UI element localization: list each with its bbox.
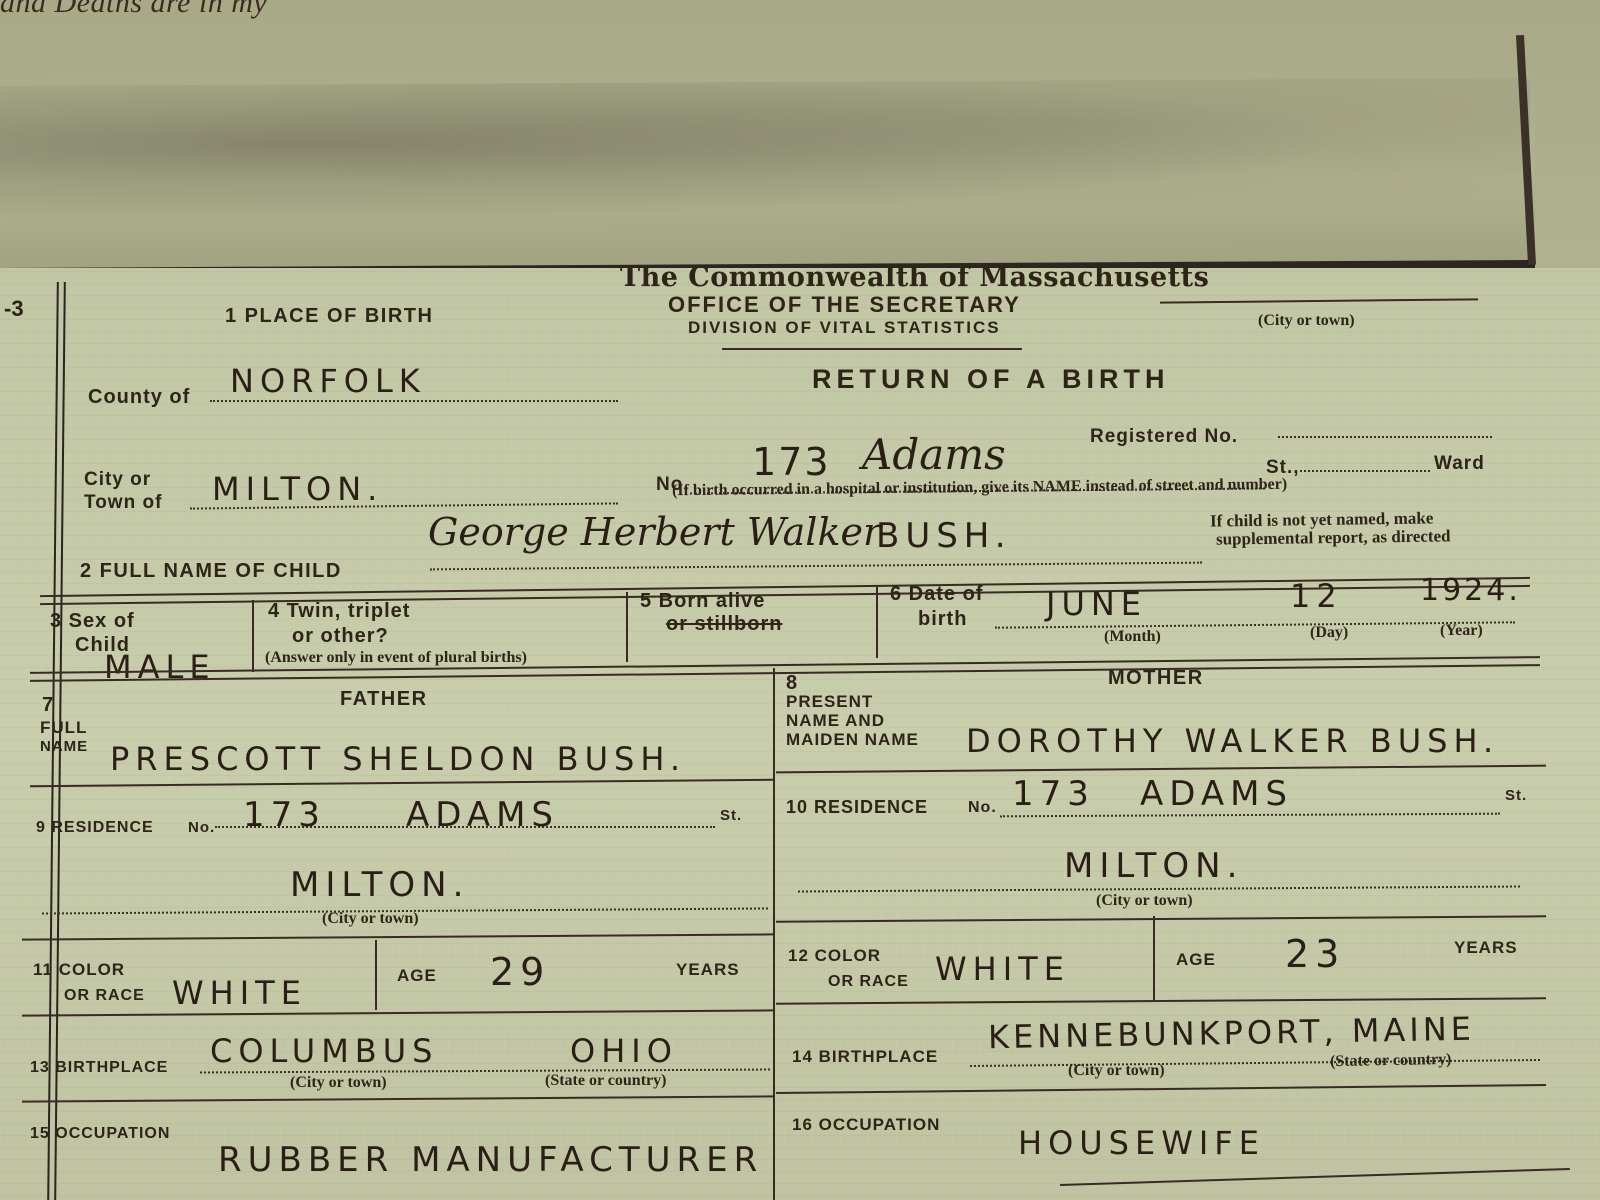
father-occupation-label: 15 OCCUPATION [30,1124,170,1143]
mother-birthplace-label: 14 BIRTHPLACE [792,1047,938,1066]
mother-residence-label: 10 RESIDENCE [786,798,928,817]
margin-mark: -3 [4,296,24,322]
overlapping-sheet [0,48,1535,277]
dob-month[interactable]: JUNE [1046,585,1147,623]
twin-note: (Answer only in event of plural births) [265,648,527,667]
dob-label-line2: birth [918,610,967,629]
mother-bp-state-caption: (State or country) [1330,1051,1452,1071]
mother-color-value[interactable]: WHITE [935,950,1070,988]
father-color-label-2: OR RACE [64,986,145,1005]
child-surname[interactable]: BUSH. [876,516,1012,556]
year-caption: (Year) [1440,622,1483,640]
county-label: County of [88,388,190,407]
father-bp-city-caption: (City or town) [290,1074,387,1092]
month-caption: (Month) [1104,628,1161,646]
father-birthplace-city[interactable]: COLUMBUS [210,1032,438,1070]
registered-no-field[interactable] [1278,436,1492,438]
stillborn-label-struck: or stillborn [666,615,782,634]
mother-color-label-2: OR RACE [828,972,909,991]
father-residence-street[interactable]: ADAMS [406,795,559,835]
county-field-line [210,400,618,402]
mother-years-label: YEARS [1454,938,1518,957]
father-age-value[interactable]: 29 [490,950,550,994]
city-label-line1: City or [84,470,151,489]
born-alive-label: 5 Born alive [640,592,765,611]
county-value[interactable]: NORFOLK [230,362,426,400]
mother-color-label-1: 12 COLOR [788,946,881,965]
father-st-label: St. [720,806,742,825]
mother-occupation-label: 16 OCCUPATION [792,1115,940,1134]
ward-label: Ward [1434,454,1485,473]
father-age-label: AGE [397,966,437,985]
father-name-label-2: NAME [40,737,88,756]
mother-name-label-2: NAME AND [786,711,885,730]
street-no-value[interactable]: 173 [752,440,831,484]
dob-year[interactable]: 1924. [1420,573,1521,608]
father-no-label: No. [188,818,215,837]
father-name-value[interactable]: PRESCOTT SHELDON BUSH. [110,740,686,778]
father-residence-label: 9 RESIDENCE [36,818,154,837]
mother-num: 8 [786,674,798,693]
divider-sex-twin [252,600,254,672]
twin-label-line1: 4 Twin, triplet [268,602,410,621]
mother-occupation-value[interactable]: HOUSEWIFE [1018,1124,1265,1162]
father-occupation-value[interactable]: RUBBER MANUFACTURER [218,1140,763,1180]
father-color-label-1: 11 COLOR [33,960,125,979]
ward-field-line[interactable] [1300,470,1430,472]
mother-name-value[interactable]: DOROTHY WALKER BUSH. [966,722,1499,760]
place-of-birth-label: 1 PLACE OF BIRTH [225,305,433,328]
child-name-script[interactable]: George Herbert Walker [428,510,881,554]
mother-name-label-3: MAIDEN NAME [786,730,919,749]
father-num: 7 [42,696,54,715]
divider-twin-born [626,592,628,662]
mother-st-label: St. [1505,786,1527,805]
father-bp-state-caption: (State or country) [545,1072,666,1090]
mother-residence-no[interactable]: 173 [1012,774,1095,814]
mother-name-label-1: PRESENT [786,692,873,711]
mother-bp-city-caption: (City or town) [1068,1062,1165,1080]
mother-residence-street[interactable]: ADAMS [1140,774,1293,814]
father-residence-no[interactable]: 173 [243,795,326,835]
state-title: The Commonwealth of Massachusetts [620,262,1209,293]
mother-color-age-divider [1153,916,1155,1000]
office-title: OFFICE OF THE SECRETARY [668,292,1021,318]
dob-day[interactable]: 12 [1290,577,1343,615]
registered-no-label: Registered No. [1090,427,1238,446]
father-color-age-divider [375,940,377,1010]
divider-born-dob [876,586,878,658]
mother-age-label: AGE [1176,950,1216,969]
day-caption: (Day) [1310,624,1348,642]
division-title: DIVISION OF VITAL STATISTICS [688,318,1001,338]
unnamed-note-line2: supplemental report, as directed [1216,526,1451,548]
sheet-smudge [0,78,1530,236]
header-ornament-rule [722,348,1022,350]
street-name-value[interactable]: Adams [862,430,1006,479]
mother-heading: MOTHER [1108,667,1204,690]
father-birthplace-label: 13 BIRTHPLACE [30,1058,168,1077]
twin-label-line2: or other? [292,627,389,646]
mother-age-value[interactable]: 23 [1285,932,1345,976]
father-city-caption: (City or town) [322,910,419,928]
city-value[interactable]: MILTON. [212,470,383,508]
child-name-label: 2 FULL NAME OF CHILD [80,560,342,583]
mother-no-label: No. [968,798,997,817]
dob-label-line1: 6 Date of [890,585,983,604]
city-label-line2: Town of [84,493,162,512]
father-residence-city[interactable]: MILTON. [290,865,469,905]
father-years-label: YEARS [676,960,740,979]
father-heading: FATHER [340,688,428,711]
father-name-label-1: FULL [40,718,87,737]
form-title: RETURN OF A BIRTH [812,364,1169,395]
mother-city-caption: (City or town) [1096,892,1193,910]
sex-label-line1: 3 Sex of [50,612,135,631]
mother-residence-city[interactable]: MILTON. [1064,846,1243,886]
father-color-value[interactable]: WHITE [172,974,307,1012]
city-caption-top: (City or town) [1258,312,1355,330]
book-header-text: and Deaths are in my [0,0,267,20]
father-birthplace-state[interactable]: OHIO [570,1032,678,1070]
